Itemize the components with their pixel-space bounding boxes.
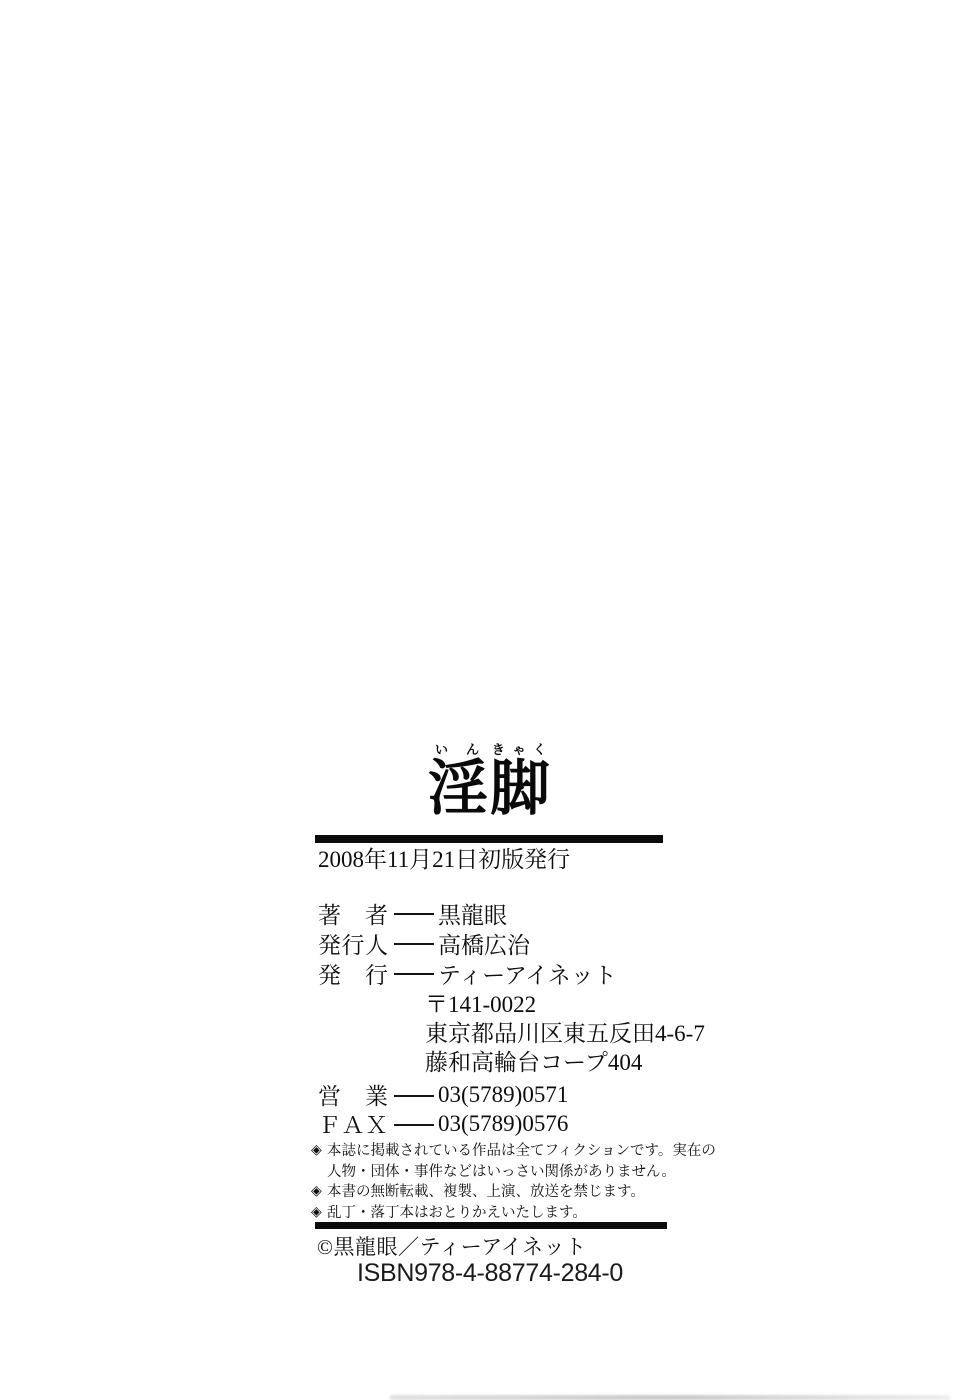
contacts-list: 営 業 03(5789)0571 ＦＡＸ 03(5789)0576 — [318, 1080, 568, 1138]
title-kanji: 脚 — [490, 756, 552, 822]
credit-value: 高橋広治 — [438, 927, 530, 960]
diamond-bullet-icon: ◈ — [311, 1203, 327, 1224]
legal-notices: ◈ 本誌に掲載されている作品は全てフィクションです。実在の 人物・団体・事件など… — [311, 1141, 716, 1223]
notice-fiction-line-2: 人物・団体・事件などはいっさい関係がありません。 — [311, 1162, 716, 1183]
dash-connector — [394, 943, 434, 945]
notice-text: 本誌に掲載されている作品は全てフィクションです。実在の — [327, 1141, 716, 1162]
scan-artifact — [390, 1395, 950, 1400]
notice-defective-copies: ◈ 乱丁・落丁本はおとりかえいたします。 — [311, 1203, 716, 1224]
contact-label: ＦＡＸ — [318, 1107, 392, 1140]
credit-row-author: 著 者 黒龍眼 — [318, 898, 617, 928]
postal-code: 〒141-0022 — [425, 990, 705, 1019]
isbn-number: ISBN978-4-88774-284-0 — [0, 1259, 980, 1288]
credit-label: 発 行 — [318, 957, 392, 990]
dash-connector — [394, 913, 434, 915]
copyright-line: ©黒龍眼／ティーアイネット — [317, 1231, 587, 1261]
dash-connector — [394, 1095, 434, 1097]
credit-row-publisher: 発 行 ティーアイネット — [318, 958, 617, 988]
edition-date: 2008年11月21日初版発行 — [318, 847, 570, 873]
title-furigana: きゃく — [490, 742, 552, 757]
notice-text: 人物・団体・事件などはいっさい関係がありません。 — [327, 1162, 676, 1183]
address-line-1: 東京都品川区東五反田4-6-7 — [425, 1019, 705, 1048]
contact-row-fax: ＦＡＸ 03(5789)0576 — [318, 1109, 568, 1138]
dash-connector — [394, 973, 434, 975]
contact-value: 03(5789)0576 — [438, 1111, 568, 1137]
notice-no-reproduction: ◈ 本書の無断転載、複製、上演、放送を禁じます。 — [311, 1182, 716, 1203]
contact-row-sales: 営 業 03(5789)0571 — [318, 1080, 568, 1109]
credit-row-publisher-person: 発行人 高橋広治 — [318, 928, 617, 958]
notice-text: 本書の無断転載、複製、上演、放送を禁じます。 — [327, 1182, 645, 1203]
contact-value: 03(5789)0571 — [438, 1082, 568, 1108]
title-char-first: 淫いん — [428, 756, 490, 822]
credit-value: 黒龍眼 — [438, 897, 507, 930]
credit-value: ティーアイネット — [438, 957, 617, 990]
publisher-address: 〒141-0022 東京都品川区東五反田4-6-7 藤和高輪台コープ404 — [425, 990, 705, 1077]
book-title: 淫いん脚きゃく — [0, 742, 980, 822]
notice-fiction-line-1: ◈ 本誌に掲載されている作品は全てフィクションです。実在の — [311, 1141, 716, 1162]
footer-divider-rule — [315, 1222, 667, 1229]
credits-list: 著 者 黒龍眼 発行人 高橋広治 発 行 ティーアイネット — [318, 898, 617, 988]
diamond-bullet-icon: ◈ — [311, 1182, 327, 1203]
credit-label: 著 者 — [318, 897, 392, 930]
diamond-bullet-icon: ◈ — [311, 1141, 327, 1162]
title-char-second: 脚きゃく — [490, 756, 552, 822]
title-kanji: 淫 — [428, 756, 490, 822]
title-furigana: いん — [428, 742, 490, 757]
dash-connector — [394, 1124, 434, 1126]
colophon-page: 淫いん脚きゃく 2008年11月21日初版発行 著 者 黒龍眼 発行人 高橋広治… — [0, 0, 980, 1400]
address-line-2: 藤和高輪台コープ404 — [425, 1048, 705, 1077]
notice-text: 乱丁・落丁本はおとりかえいたします。 — [327, 1203, 587, 1224]
credit-label: 発行人 — [318, 927, 392, 960]
title-divider-rule — [315, 835, 663, 843]
